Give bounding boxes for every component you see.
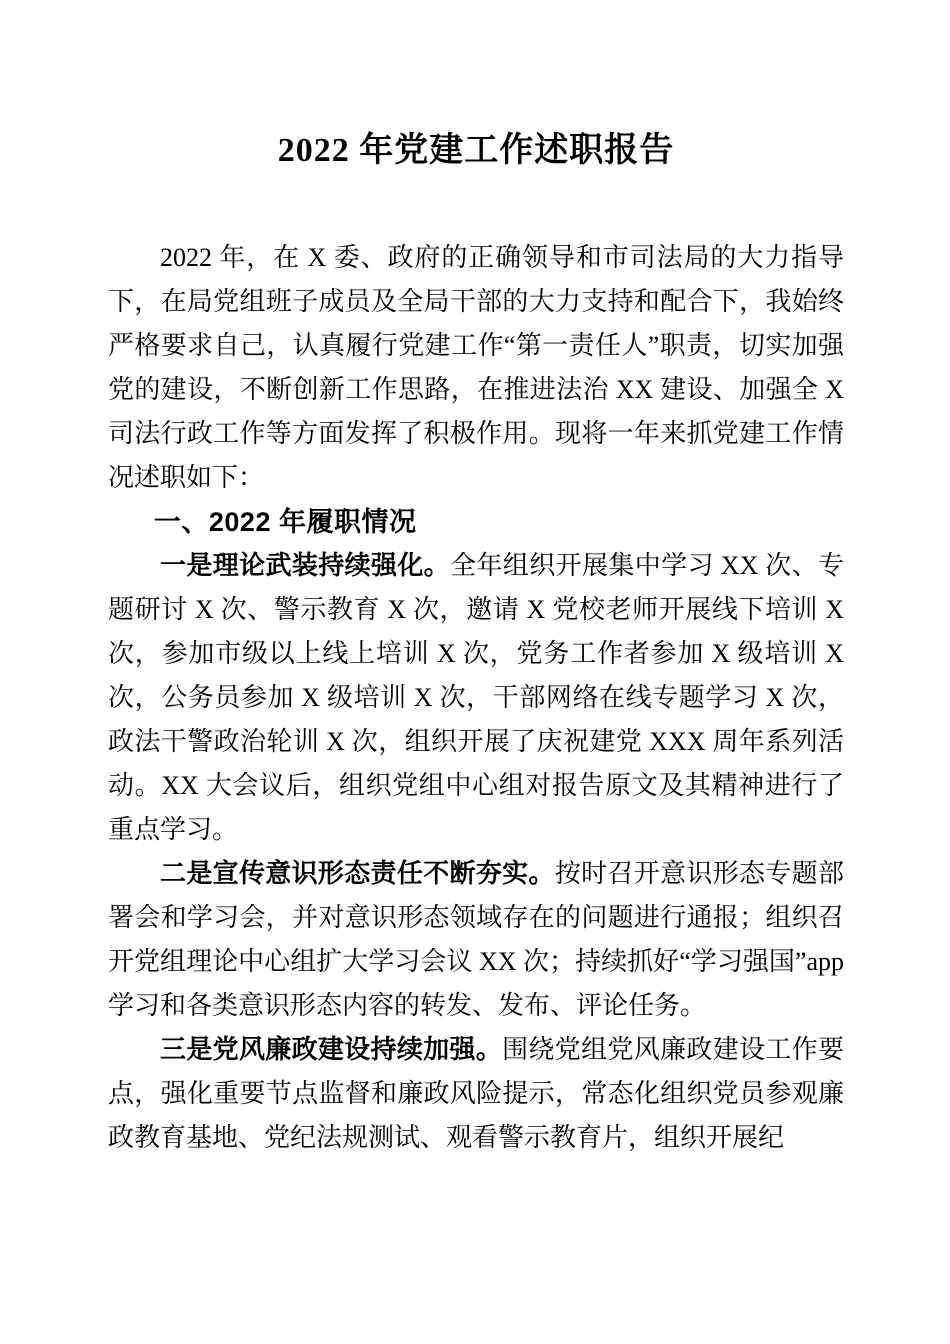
paragraph-1-text: 全年组织开展集中学习 XX 次、专题研讨 X 次、警示教育 X 次，邀请 X 党… [108,551,844,844]
paragraph-3: 三是党风廉政建设持续加强。围绕党组党风廉政建设工作要点，强化重要节点监督和廉政风… [108,1028,844,1160]
document-title: 2022 年党建工作述职报告 [108,126,844,176]
document-page: 2022 年党建工作述职报告 2022 年，在 X 委、政府的正确领导和市司法局… [0,0,950,1344]
intro-paragraph: 2022 年，在 X 委、政府的正确领导和市司法局的大力指导下，在局党组班子成员… [108,236,844,500]
paragraph-2-lead: 二是宣传意识形态责任不断夯实。 [160,859,555,888]
paragraph-1-lead: 一是理论武装持续强化。 [160,551,450,580]
paragraph-2: 二是宣传意识形态责任不断夯实。按时召开意识形态专题部署会和学习会，并对意识形态领… [108,852,844,1028]
section-heading-1: 一、2022 年履职情况 [108,500,844,544]
paragraph-1: 一是理论武装持续强化。全年组织开展集中学习 XX 次、专题研讨 X 次、警示教育… [108,544,844,852]
paragraph-3-lead: 三是党风廉政建设持续加强。 [160,1035,502,1064]
